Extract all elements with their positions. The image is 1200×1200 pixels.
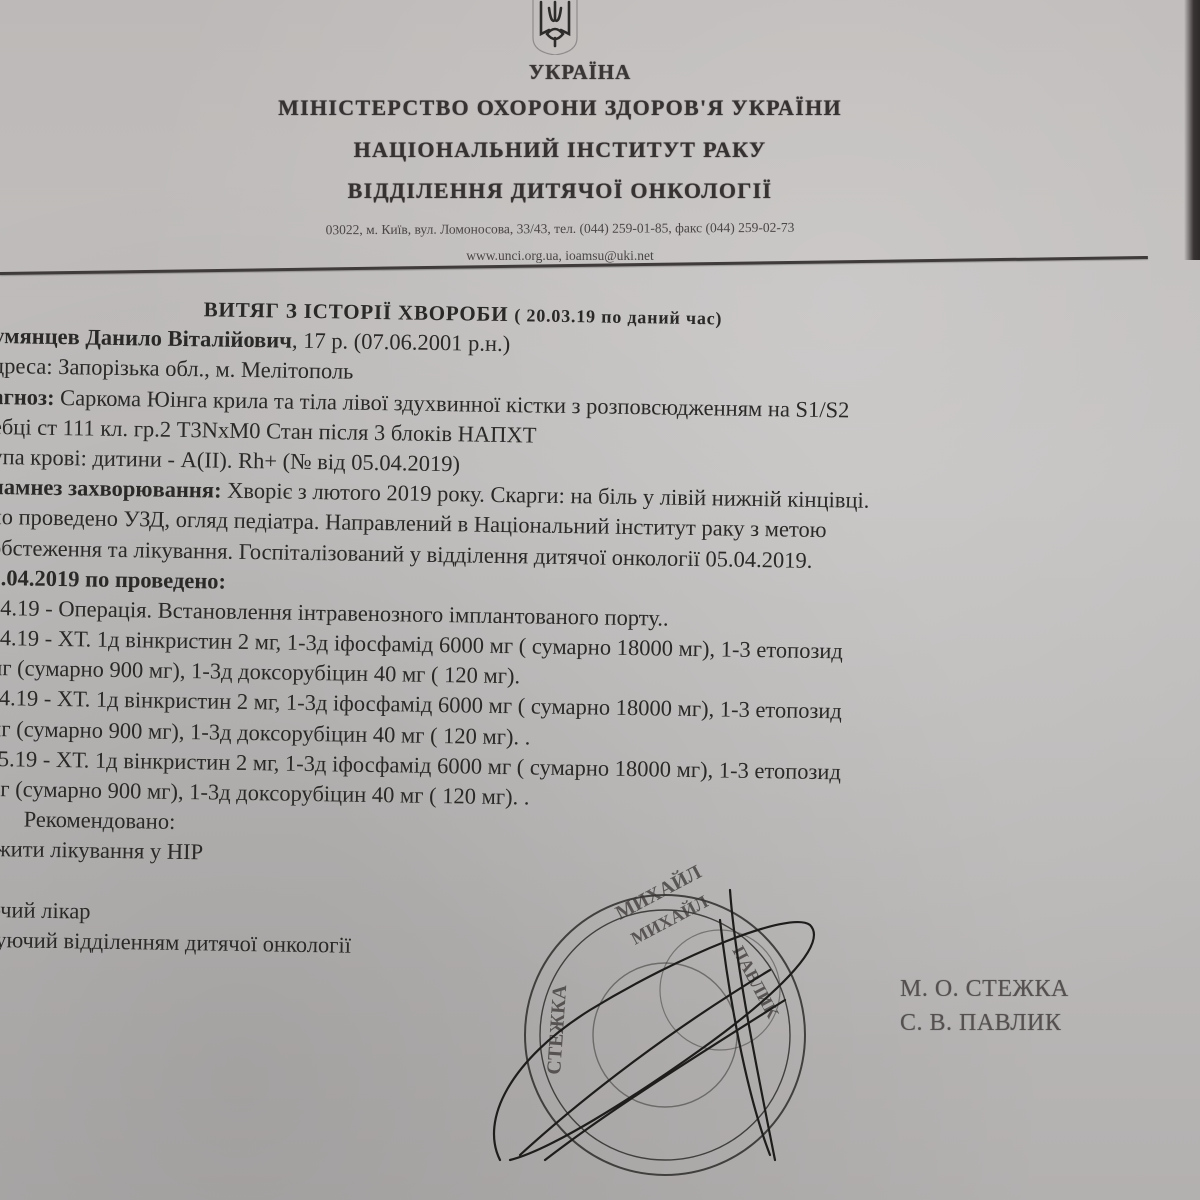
header-institute: НАЦІОНАЛЬНИЙ ІНСТИТУТ РАКУ	[0, 137, 1120, 163]
title-period: ( 20.03.19 по даний час)	[514, 305, 722, 328]
patient-age-dob: , 17 р. (07.06.2001 р.н.)	[292, 328, 511, 356]
official-round-seal-icon: МИХАЙЛ МИХАЙЛ СТЕЖКА ПАВЛИК	[470, 860, 850, 1190]
title-text: ВИТЯГ З ІСТОРІЇ ХВОРОБИ	[204, 297, 509, 326]
trident-coat-of-arms-icon	[527, 0, 583, 55]
header-department: ВІДДІЛЕННЯ ДИТЯЧОЇ ОНКОЛОГІЇ	[0, 178, 1120, 204]
signatory-name-1: М. О. СТЕЖКА	[900, 972, 1069, 1006]
anamnesis-label: намнез захворювання:	[0, 474, 222, 503]
diagnosis-label: агноз:	[0, 384, 55, 410]
header-country: УКРАЇНА	[20, 60, 1140, 85]
page-edge-shadow	[1184, 0, 1200, 260]
signatory-names: М. О. СТЕЖКА С. В. ПАВЛИК	[900, 972, 1069, 1040]
stamp-text: СТЕЖКА	[543, 984, 571, 1076]
patient-name: умянцев Данило Віталійович	[0, 323, 292, 353]
signatory-name-2: С. В. ПАВЛИК	[900, 1006, 1069, 1040]
header-ministry: МІНІСТЕРСТВО ОХОРОНИ ЗДОРОВ'Я УКРАЇНИ	[0, 95, 1120, 121]
